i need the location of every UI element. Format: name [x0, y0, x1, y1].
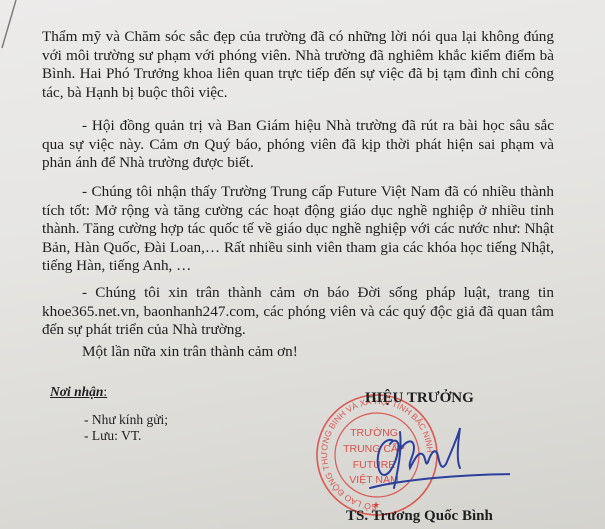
paragraph-3: - Chúng tôi nhận thấy Trường Trung cấp F…: [42, 183, 554, 276]
paragraph-2: - Hội đồng quản trị và Ban Giám hiệu Nhà…: [42, 117, 554, 173]
signer-name: TS. Trương Quốc Bình: [346, 508, 493, 525]
recipient-item: - Như kính gửi;: [84, 412, 168, 428]
paper-edge: [0, 0, 20, 50]
paragraph-1: Thẩm mỹ và Chăm sóc sắc đẹp của trường đ…: [42, 28, 554, 102]
recipient-item: - Lưu: VT.: [84, 428, 141, 444]
closing-line: Một lần nữa xin trân thành cảm ơn!: [82, 343, 594, 362]
paragraph-4: - Chúng tôi xin trân thành cảm ơn báo Đờ…: [42, 284, 554, 340]
signature-title: HIỆU TRƯỞNG: [365, 390, 474, 407]
recipients-label: Nơi nhận:: [50, 384, 107, 400]
handwritten-signature: [310, 410, 510, 500]
